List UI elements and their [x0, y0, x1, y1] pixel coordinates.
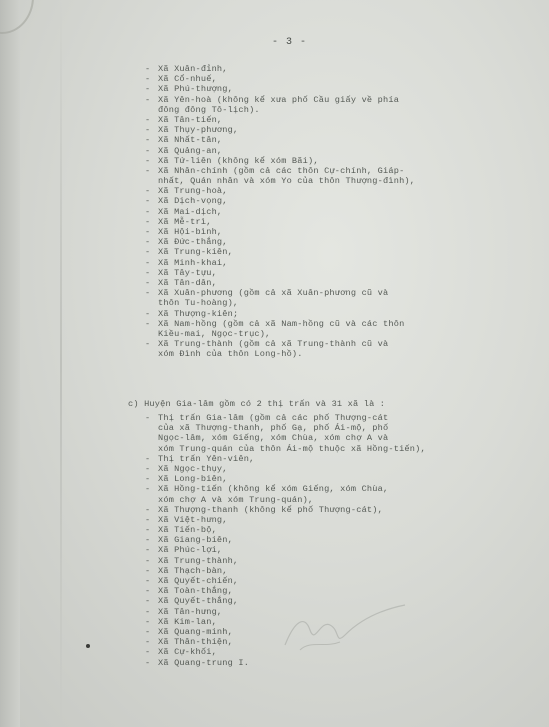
list-item-text: Xã Xuân-đỉnh, — [158, 64, 228, 74]
list-item: -Xã Việt-hưng, — [145, 515, 475, 525]
bullet-dash: - — [145, 166, 158, 176]
list-item: -Xã Tây-tựu, — [145, 268, 475, 278]
list-item: -Xã Toàn-thắng, — [145, 586, 475, 596]
bullet-dash: - — [145, 617, 158, 627]
list-item: -Xã Trung-thành (gồm cả xã Trung-thành c… — [145, 339, 475, 349]
list-item-text: Xã Quang-trung I. — [158, 658, 249, 668]
list-item-text: Xã Tân-hưng, — [158, 607, 222, 617]
bullet-dash: - — [145, 454, 158, 464]
list-item: -Xã Thụy-phương, — [145, 125, 475, 135]
list-item: -Xã Trung-kiên, — [145, 247, 475, 257]
bullet-dash: - — [145, 258, 158, 268]
list-item: -Xã Nhất-tân, — [145, 135, 475, 145]
list-item-text: Xã Nhân-chính (gồm cả các thôn Cự-chính,… — [158, 166, 404, 176]
list-item-continuation: nhất, Quán nhân và xóm Yo của thôn Thượn… — [145, 176, 475, 186]
list-item: -Xã Quyết-thắng, — [145, 596, 475, 606]
list-item-text: Thị trấn Yên-viên, — [158, 454, 254, 464]
list-item: -Xã Nhân-chính (gồm cả các thôn Cự-chính… — [145, 166, 475, 176]
list-item: -Xã Thượng-kiên; — [145, 309, 475, 319]
bullet-dash: - — [145, 74, 158, 84]
list-item-continuation: xóm Đình của thôn Long-hồ). — [145, 349, 475, 359]
list-item: -Xã Xuân-đỉnh, — [145, 64, 475, 74]
list-item: -Xã Phúc-lợi, — [145, 545, 475, 555]
list-item-text: Xã Thân-thiện, — [158, 637, 233, 647]
list-item: -Xã Thân-thiện, — [145, 637, 475, 647]
list-item: -Xã Quang-trung I. — [145, 658, 475, 668]
list-item: -Xã Quang-minh, — [145, 627, 475, 637]
bullet-dash: - — [145, 586, 158, 596]
list-item-text: Xã Toàn-thắng, — [158, 586, 233, 596]
bullet-dash: - — [145, 186, 158, 196]
list-item-text: Xã Mai-dịch, — [158, 207, 222, 217]
bullet-dash: - — [145, 413, 158, 423]
list-item: -Xã Tân-dân, — [145, 278, 475, 288]
list-item: -Xã Hồng-tiến (không kể xóm Giếng, xóm C… — [145, 484, 475, 494]
list-item-text: Xã Thạch-bàn, — [158, 566, 228, 576]
list-item-continuation: xóm Trung-quán của thôn Ái-mộ thuộc xã H… — [145, 444, 475, 454]
list-item: -Xã Giang-biên, — [145, 535, 475, 545]
list-item-text: Xã Dịch-vọng, — [158, 196, 228, 206]
list-item-continuation: thôn Tu-hoàng), — [145, 298, 475, 308]
list-item-text: Xã Quyết-chiến, — [158, 576, 238, 586]
bullet-dash: - — [145, 207, 158, 217]
bullet-dash: - — [145, 156, 158, 166]
list-item-text: Xã Minh-khai, — [158, 258, 228, 268]
bullet-dash: - — [145, 658, 158, 668]
list-item-text: xóm Đình của thôn Long-hồ). — [158, 349, 303, 359]
bullet-dash: - — [145, 474, 158, 484]
bullet-dash: - — [145, 464, 158, 474]
bullet-dash: - — [145, 319, 158, 329]
list-item: -Xã Thạch-bàn, — [145, 566, 475, 576]
list-item-continuation: xóm chợ A và xóm Trung-quán), — [145, 495, 475, 505]
list-item: -Xã Cổ-nhuế, — [145, 74, 475, 84]
bullet-dash: - — [145, 576, 158, 586]
bullet-dash: - — [145, 647, 158, 657]
bullet-dash: - — [145, 515, 158, 525]
bullet-dash: - — [145, 627, 158, 637]
list-item-text: Xã Tân-tiến, — [158, 115, 222, 125]
list-item-text: Xã Tân-dân, — [158, 278, 217, 288]
list-item-text: đông đông Tô-lịch). — [158, 105, 260, 115]
bullet-dash: - — [145, 607, 158, 617]
list-item-continuation: của xã Thượng-thanh, phố Gạ, phố Ái-mộ, … — [145, 423, 475, 433]
section-c-heading: c) Huyện Gia-lâm gồm có 2 thị trấn và 31… — [128, 399, 385, 409]
list-item-text: Xã Long-biên, — [158, 474, 228, 484]
list-item-continuation: Ngọc-lâm, xóm Giếng, xóm Chùa, xóm chợ A… — [145, 433, 475, 443]
bullet-dash: - — [145, 196, 158, 206]
list-item: -Xã Ngọc-thụy, — [145, 464, 475, 474]
bullet-dash: - — [145, 288, 158, 298]
list-item-text: Xã Thượng-thanh (không kể phố Thượng-cát… — [158, 505, 383, 515]
list-item-continuation: Kiều-mai, Ngọc-trục), — [145, 329, 475, 339]
list-item-text: Xã Hồng-tiến (không kể xóm Giếng, xóm Ch… — [158, 484, 388, 494]
bullet-dash: - — [145, 637, 158, 647]
list-item-text: Xã Yên-hoà (không kể xưa phố Cầu giấy về… — [158, 95, 399, 105]
list-item-text: xóm Trung-quán của thôn Ái-mộ thuộc xã H… — [158, 444, 426, 454]
bullet-dash: - — [145, 309, 158, 319]
bullet-dash: - — [145, 525, 158, 535]
bullet-dash: - — [145, 84, 158, 94]
list-item-text: Xã Phúc-lợi, — [158, 545, 222, 555]
bullet-dash: - — [145, 545, 158, 555]
list-item: -Xã Nam-hồng (gồm cả xã Nam-hồng cũ và c… — [145, 319, 475, 329]
list-item-text: Xã Quảng-an, — [158, 146, 222, 156]
bullet-dash: - — [145, 596, 158, 606]
list-item: -Xã Tứ-liên (không kể xóm Bãi), — [145, 156, 475, 166]
list-item-text: xóm chợ A và xóm Trung-quán), — [158, 495, 313, 505]
list-item: -Thị trấn Gia-lâm (gồm cả các phố Thượng… — [145, 413, 475, 423]
list-item: -Xã Dịch-vọng, — [145, 196, 475, 206]
list-item-text: Xã Kim-lan, — [158, 617, 217, 627]
bullet-dash: - — [145, 505, 158, 515]
list-item: -Xã Quyết-chiến, — [145, 576, 475, 586]
list-item-text: Xã Trung-thành, — [158, 556, 238, 566]
bullet-dash: - — [145, 115, 158, 125]
bullet-dash: - — [145, 484, 158, 494]
commune-list-c: -Thị trấn Gia-lâm (gồm cả các phố Thượng… — [145, 413, 475, 668]
bullet-dash: - — [145, 95, 158, 105]
list-item-text: nhất, Quán nhân và xóm Yo của thôn Thượn… — [158, 176, 415, 186]
bullet-dash: - — [145, 566, 158, 576]
list-item: -Xã Tân-hưng, — [145, 607, 475, 617]
list-item: -Xã Trung-thành, — [145, 556, 475, 566]
bullet-dash: - — [145, 227, 158, 237]
list-item-text: Thị trấn Gia-lâm (gồm cả các phố Thượng-… — [158, 413, 388, 423]
bullet-dash: - — [145, 268, 158, 278]
list-item-text: Ngọc-lâm, xóm Giếng, xóm Chùa, xóm chợ A… — [158, 433, 388, 443]
list-item: -Xã Đức-thắng, — [145, 237, 475, 247]
bullet-dash: - — [145, 135, 158, 145]
list-item: -Xã Tân-tiến, — [145, 115, 475, 125]
list-item-text: Xã Hội-bình, — [158, 227, 222, 237]
list-item-text: Xã Quyết-thắng, — [158, 596, 238, 606]
list-item: -Xã Minh-khai, — [145, 258, 475, 268]
typed-document: - 3 - -Xã Xuân-đỉnh,-Xã Cổ-nhuế,-Xã Phú-… — [0, 0, 549, 727]
list-item-text: Xã Ngọc-thụy, — [158, 464, 228, 474]
bullet-dash: - — [145, 247, 158, 257]
list-item-text: Xã Trung-kiên, — [158, 247, 233, 257]
list-item-text: Xã Thụy-phương, — [158, 125, 238, 135]
list-item-text: Xã Mễ-trì, — [158, 217, 212, 227]
list-item-continuation: đông đông Tô-lịch). — [145, 105, 475, 115]
list-item: -Xã Quảng-an, — [145, 146, 475, 156]
list-item-text: Xã Giang-biên, — [158, 535, 233, 545]
list-item: -Xã Xuân-phương (gồm cả xã Xuân-phương c… — [145, 288, 475, 298]
list-item-text: Xã Cự-khối, — [158, 647, 217, 657]
list-item-text: Xã Nam-hồng (gồm cả xã Nam-hồng cũ và cá… — [158, 319, 404, 329]
list-item-text: Xã Nhất-tân, — [158, 135, 222, 145]
list-item: -Thị trấn Yên-viên, — [145, 454, 475, 464]
list-item: -Xã Hội-bình, — [145, 227, 475, 237]
list-item-text: thôn Tu-hoàng), — [158, 298, 238, 308]
list-item: -Xã Phú-thượng, — [145, 84, 475, 94]
list-item: -Xã Trung-hoà, — [145, 186, 475, 196]
list-item: -Xã Thượng-thanh (không kể phố Thượng-cá… — [145, 505, 475, 515]
list-item-text: Xã Quang-minh, — [158, 627, 233, 637]
list-item-text: Xã Tứ-liên (không kể xóm Bãi), — [158, 156, 319, 166]
list-item-text: Xã Việt-hưng, — [158, 515, 228, 525]
commune-list-b: -Xã Xuân-đỉnh,-Xã Cổ-nhuế,-Xã Phú-thượng… — [145, 64, 475, 359]
list-item-text: Xã Tiến-bộ, — [158, 525, 217, 535]
list-item: -Xã Mễ-trì, — [145, 217, 475, 227]
page-number: - 3 - — [272, 37, 307, 48]
list-item-text: Xã Trung-hoà, — [158, 186, 228, 196]
list-item-text: Xã Xuân-phương (gồm cả xã Xuân-phương cũ… — [158, 288, 388, 298]
bullet-dash: - — [145, 556, 158, 566]
bullet-dash: - — [145, 146, 158, 156]
bullet-dash: - — [145, 339, 158, 349]
list-item-text: Xã Tây-tựu, — [158, 268, 217, 278]
list-item: -Xã Kim-lan, — [145, 617, 475, 627]
list-item: -Xã Yên-hoà (không kể xưa phố Cầu giấy v… — [145, 95, 475, 105]
bullet-dash: - — [145, 125, 158, 135]
list-item-text: Xã Cổ-nhuế, — [158, 74, 217, 84]
bullet-dash: - — [145, 535, 158, 545]
list-item-text: Xã Đức-thắng, — [158, 237, 228, 247]
bullet-dash: - — [145, 278, 158, 288]
bullet-dash: - — [145, 237, 158, 247]
list-item-text: Kiều-mai, Ngọc-trục), — [158, 329, 271, 339]
bullet-dash: - — [145, 64, 158, 74]
list-item-text: Xã Trung-thành (gồm cả xã Trung-thành cũ… — [158, 339, 388, 349]
list-item-text: của xã Thượng-thanh, phố Gạ, phố Ái-mộ, … — [158, 423, 388, 433]
list-item: -Xã Cự-khối, — [145, 647, 475, 657]
list-item-text: Xã Thượng-kiên; — [158, 309, 238, 319]
list-item: -Xã Tiến-bộ, — [145, 525, 475, 535]
bullet-dash: - — [145, 217, 158, 227]
list-item: -Xã Mai-dịch, — [145, 207, 475, 217]
list-item: -Xã Long-biên, — [145, 474, 475, 484]
list-item-text: Xã Phú-thượng, — [158, 84, 233, 94]
